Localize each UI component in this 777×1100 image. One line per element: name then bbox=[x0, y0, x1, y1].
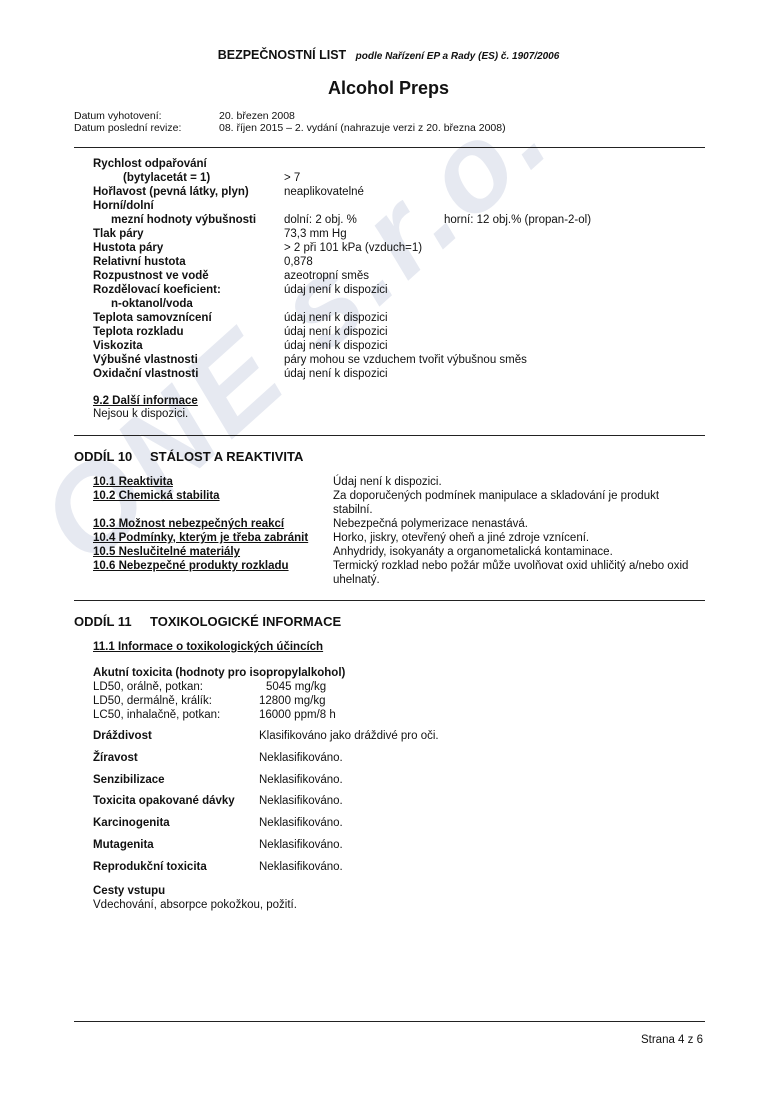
property-value: 73,3 mm Hg bbox=[284, 228, 347, 240]
section10-item-label: 10.2 Chemická stabilita bbox=[93, 490, 220, 502]
section10-item-label: 10.1 Reaktivita bbox=[93, 476, 173, 488]
acute-value: 16000 ppm/8 h bbox=[259, 709, 336, 721]
hazard-label: Mutagenita bbox=[93, 839, 154, 851]
section10-item-label: 10.6 Nebezpečné produkty rozkladu bbox=[93, 560, 289, 572]
page-number: Strana 4 z 6 bbox=[641, 1034, 703, 1046]
hazard-label: Senzibilizace bbox=[93, 774, 165, 786]
hazard-value: Neklasifikováno. bbox=[259, 861, 343, 873]
acute-label: LD50, orálně, potkan: bbox=[93, 681, 203, 693]
property-label: Hořlavost (pevná látky, plyn) bbox=[93, 186, 249, 198]
sub92-title: 9.2 Další informace bbox=[93, 395, 198, 407]
section10-item-value-cont: uhelnatý. bbox=[333, 574, 380, 586]
section10-item-label: 10.4 Podmínky, kterým je třeba zabránit bbox=[93, 532, 308, 544]
section11-number: ODDÍL 11 bbox=[74, 614, 150, 629]
property-value: údaj není k dispozici bbox=[284, 326, 388, 338]
divider bbox=[74, 435, 705, 436]
section10-item-value: Nebezpečná polymerizace nenastává. bbox=[333, 518, 528, 530]
product-name: Alcohol Preps bbox=[0, 78, 777, 99]
section10-item-value: Termický rozklad nebo požár může uvolňov… bbox=[333, 560, 688, 572]
meta-revision-value: 08. říjen 2015 – 2. vydání (nahrazuje ve… bbox=[219, 122, 506, 134]
property-label: Hustota páry bbox=[93, 242, 163, 254]
document-page: BEZPEČNOSTNÍ LIST podle Nařízení EP a Ra… bbox=[0, 0, 777, 1100]
section11-heading: ODDÍL 11TOXIKOLOGICKÉ INFORMACE bbox=[74, 614, 341, 629]
hazard-value: Neklasifikováno. bbox=[259, 817, 343, 829]
divider bbox=[74, 147, 705, 148]
hazard-label: Reprodukční toxicita bbox=[93, 861, 207, 873]
hazard-label: Dráždivost bbox=[93, 730, 152, 742]
property-label: Relativní hustota bbox=[93, 256, 186, 268]
property-value: > 7 bbox=[284, 172, 300, 184]
document-header: BEZPEČNOSTNÍ LIST podle Nařízení EP a Ra… bbox=[0, 48, 777, 62]
property-label: Teplota rozkladu bbox=[93, 326, 184, 338]
section10-item-value: Anhydridy, isokyanáty a organometalická … bbox=[333, 546, 613, 558]
property-value: páry mohou se vzduchem tvořit výbušnou s… bbox=[284, 354, 527, 366]
section10-heading: ODDÍL 10STÁLOST A REAKTIVITA bbox=[74, 449, 303, 464]
property-value: azeotropní směs bbox=[284, 270, 369, 282]
divider bbox=[74, 600, 705, 601]
hazard-value: Neklasifikováno. bbox=[259, 752, 343, 764]
hazard-label: Žíravost bbox=[93, 752, 138, 764]
acute-value: 5045 mg/kg bbox=[266, 681, 326, 693]
hazard-value: Neklasifikováno. bbox=[259, 839, 343, 851]
property-value: údaj není k dispozici bbox=[284, 312, 388, 324]
hazard-value: Neklasifikováno. bbox=[259, 774, 343, 786]
section10-item-value: Údaj není k dispozici. bbox=[333, 476, 442, 488]
property-label: Viskozita bbox=[93, 340, 143, 352]
acute-toxicity-title: Akutní toxicita (hodnoty pro isopropylal… bbox=[93, 667, 345, 679]
property-value: údaj není k dispozici bbox=[284, 284, 388, 296]
meta-created-label: Datum vyhotovení: bbox=[74, 110, 162, 122]
meta-revision-label: Datum poslední revize: bbox=[74, 122, 181, 134]
property-label: Teplota samovznícení bbox=[93, 312, 212, 324]
property-label: Rozpustnost ve vodě bbox=[93, 270, 209, 282]
meta-created-value: 20. březen 2008 bbox=[219, 110, 295, 122]
hazard-label: Karcinogenita bbox=[93, 817, 170, 829]
property-value: údaj není k dispozici bbox=[284, 340, 388, 352]
routes-text: Vdechování, absorpce pokožkou, požití. bbox=[93, 899, 297, 911]
property-label: n-oktanol/voda bbox=[111, 298, 193, 310]
property-label: Rozdělovací koeficient: bbox=[93, 284, 221, 296]
hazard-value: Klasifikováno jako dráždivé pro oči. bbox=[259, 730, 439, 742]
hazard-value: Neklasifikováno. bbox=[259, 795, 343, 807]
section10-item-label: 10.5 Neslučitelné materiály bbox=[93, 546, 240, 558]
property-value: dolní: 2 obj. % bbox=[284, 214, 357, 226]
sub92-text: Nejsou k dispozici. bbox=[93, 408, 188, 420]
property-label: Oxidační vlastnosti bbox=[93, 368, 198, 380]
acute-label: LC50, inhalačně, potkan: bbox=[93, 709, 220, 721]
section11-title: TOXIKOLOGICKÉ INFORMACE bbox=[150, 614, 341, 629]
section10-title: STÁLOST A REAKTIVITA bbox=[150, 449, 303, 464]
property-label: Výbušné vlastnosti bbox=[93, 354, 198, 366]
property-value-secondary: horní: 12 obj.% (propan-2-ol) bbox=[444, 214, 591, 226]
footer-divider bbox=[74, 1021, 705, 1022]
sub111-title: 11.1 Informace o toxikologických účincíc… bbox=[93, 641, 323, 653]
property-label: Horní/dolní bbox=[93, 200, 154, 212]
property-value: údaj není k dispozici bbox=[284, 368, 388, 380]
doc-type: BEZPEČNOSTNÍ LIST bbox=[218, 48, 346, 62]
property-label: mezní hodnoty výbušnosti bbox=[111, 214, 256, 226]
property-label: (bytylacetát = 1) bbox=[123, 172, 210, 184]
acute-label: LD50, dermálně, králík: bbox=[93, 695, 212, 707]
section10-item-value: Horko, jiskry, otevřený oheň a jiné zdro… bbox=[333, 532, 589, 544]
section10-number: ODDÍL 10 bbox=[74, 449, 150, 464]
property-value: > 2 při 101 kPa (vzduch=1) bbox=[284, 242, 422, 254]
property-label: Tlak páry bbox=[93, 228, 144, 240]
hazard-label: Toxicita opakované dávky bbox=[93, 795, 235, 807]
acute-value: 12800 mg/kg bbox=[259, 695, 326, 707]
section10-item-label: 10.3 Možnost nebezpečných reakcí bbox=[93, 518, 284, 530]
regulation: podle Nařízení EP a Rady (ES) č. 1907/20… bbox=[356, 51, 560, 62]
section10-item-value: Za doporučených podmínek manipulace a sk… bbox=[333, 490, 659, 502]
routes-title: Cesty vstupu bbox=[93, 885, 165, 897]
property-label: Rychlost odpařování bbox=[93, 158, 207, 170]
property-value: 0,878 bbox=[284, 256, 313, 268]
property-value: neaplikovatelné bbox=[284, 186, 364, 198]
section10-item-value-cont: stabilní. bbox=[333, 504, 373, 516]
